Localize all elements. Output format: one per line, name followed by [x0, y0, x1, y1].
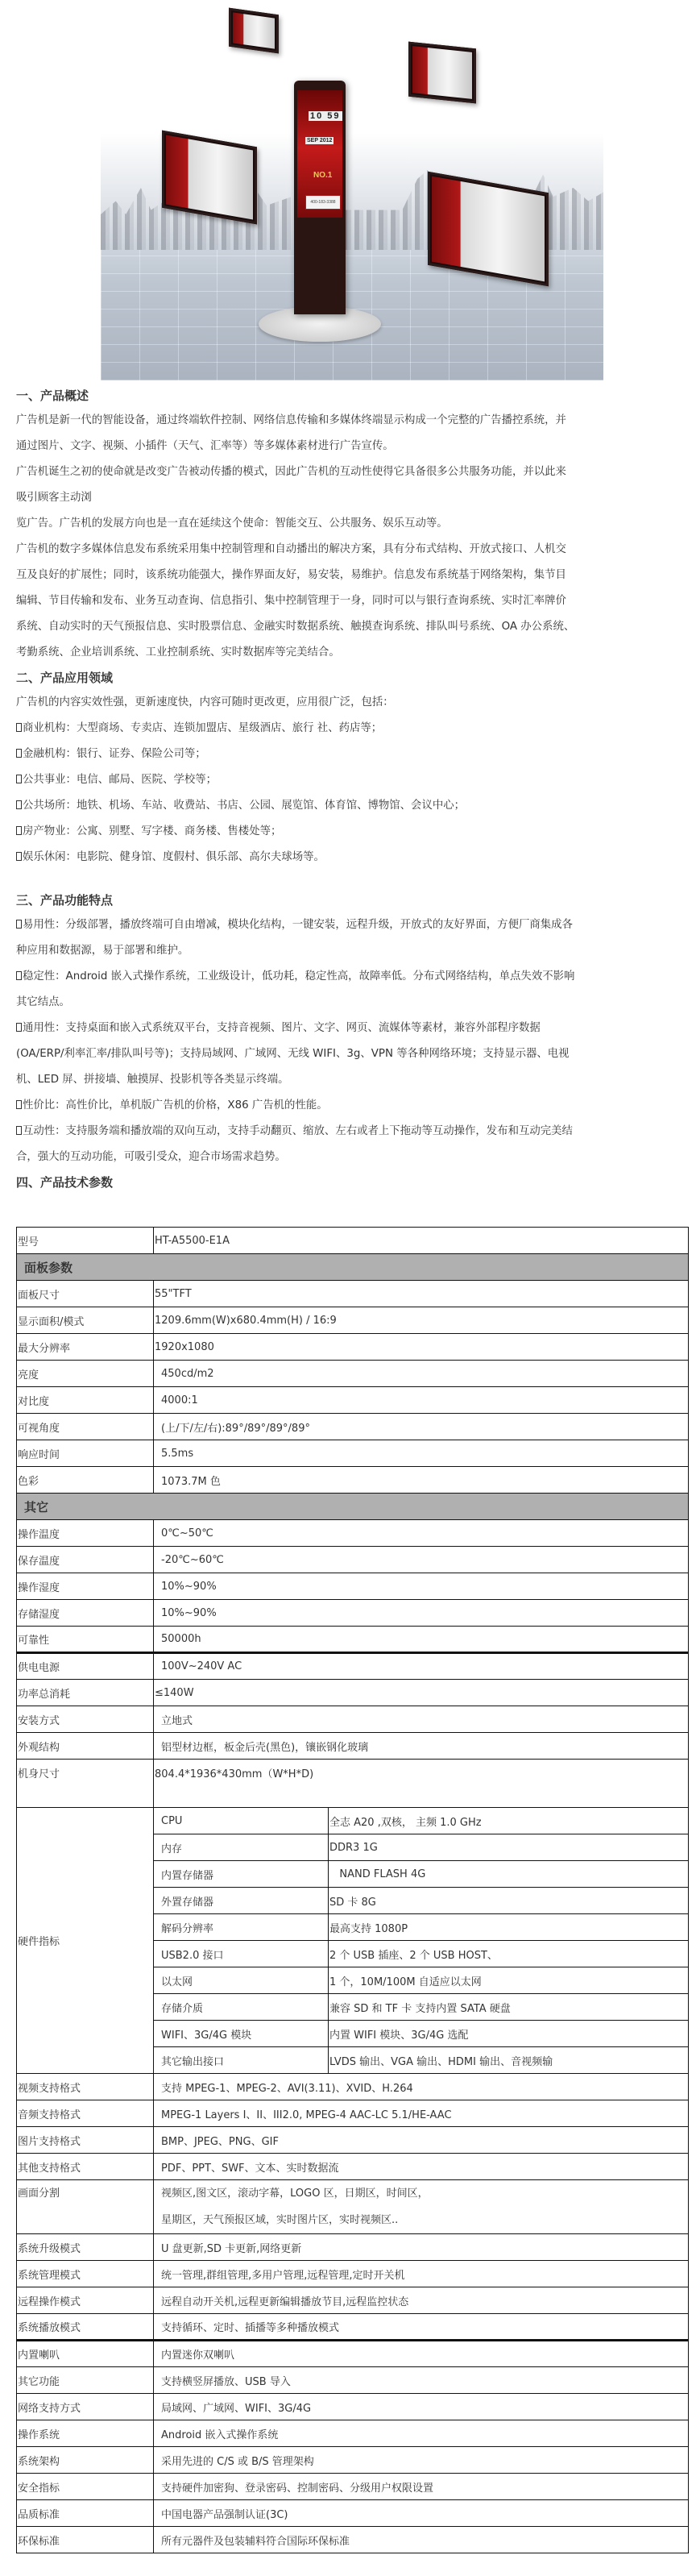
split-line-2: 星期区，天气预报区域，实时图片区，实时视频区.. — [161, 2207, 688, 2233]
spec-label: 内置喇叭 — [17, 2341, 154, 2367]
spec-value: 5.5ms — [154, 1440, 689, 1467]
paragraph-line: 系统、自动实时的天气预报信息、实时股票信息、金融实时数据系统、触摸查询系统、排队… — [16, 614, 685, 640]
spec-value: MPEG-1 Layers I、II、III2.0, MPEG-4 AAC-LC… — [154, 2100, 689, 2127]
checkbox-bullet-icon — [16, 1023, 22, 1032]
spec-label: 响应时间 — [17, 1440, 154, 1467]
table-row: 内置喇叭内置迷你双喇叭 — [17, 2341, 689, 2367]
hw-label: 解码分辨率 — [154, 1914, 329, 1941]
feature-line: 种应用和数据源，易于部署和维护。 — [16, 938, 685, 964]
spec-label: 安全指标 — [17, 2474, 154, 2500]
spec-value: 采用先进的 C/S 或 B/S 管理架构 — [154, 2447, 689, 2474]
spec-label: 硬件指标 — [17, 1808, 154, 2074]
table-row: 远程操作模式远程自动开关机,远程更新编辑播放节目,远程监控状态 — [17, 2287, 689, 2314]
table-row: 最大分辨率1920x1080 — [17, 1334, 689, 1361]
hw-value: 2 个 USB 插座、2 个 USB HOST、 — [329, 1941, 689, 1967]
paragraph-line: 编辑、节目传输和发布、业务互动查询、信息指引、集中控制管理于一身，同时可以与银行… — [16, 588, 685, 614]
spec-label: 操作湿度 — [17, 1573, 154, 1600]
spec-label: 外观结构 — [17, 1733, 154, 1760]
table-row: 存储湿度10%~90% — [17, 1600, 689, 1627]
table-row: 视频支持格式支持 MPEG-1、MPEG-2、AVI(3.11)、XVID、H.… — [17, 2074, 689, 2100]
application-item: 娱乐休闲：电影院、健身馆、度假村、俱乐部、高尔夫球场等。 — [16, 845, 685, 870]
table-row: 操作湿度10%~90% — [17, 1573, 689, 1600]
spec-label: 可靠性 — [17, 1627, 154, 1653]
spec-label: 保存温度 — [17, 1547, 154, 1573]
table-row: 面板尺寸55"TFT — [17, 1281, 689, 1307]
feature-line: 性价比：高性价比，单机版广告机的价格，X86 广告机的性能。 — [16, 1093, 685, 1119]
spec-value: 局域网、广域网、WIFI、3G/4G — [154, 2394, 689, 2420]
spec-value: 1073.7M 色 — [154, 1467, 689, 1494]
table-section-other: 其它 — [17, 1494, 689, 1520]
spec-value: 铝型材边框，板金后壳(黑色)，镶嵌钢化玻璃 — [154, 1733, 689, 1760]
spec-label: 远程操作模式 — [17, 2287, 154, 2314]
applications-intro: 广告机的内容实效性强，更新速度快，内容可随时更改更，应用很广泛，包括： — [16, 690, 685, 716]
section-title-applications: 二、产品应用领域 — [16, 666, 685, 690]
paragraph-line: 览广告。广告机的发展方向也是一直在延续这个使命：智能交互、公共服务、娱乐互动等。 — [16, 511, 685, 537]
spec-label: 视频支持格式 — [17, 2074, 154, 2100]
paragraph-line: 广告机是新一代的智能设备，通过终端软件控制、网络信息传输和多媒体终端显示构成一个… — [16, 408, 685, 434]
spec-label: 安装方式 — [17, 1706, 154, 1733]
spec-label: 系统升级模式 — [17, 2234, 154, 2261]
spec-label: 可视角度 — [17, 1414, 154, 1440]
spec-label: 其他支持格式 — [17, 2154, 154, 2180]
table-row: 安装方式立地式 — [17, 1706, 689, 1733]
feature-line: 互动性：支持服务端和播放端的双向互动，支持手动翻页、缩放、左右或者上下拖动等互动… — [16, 1119, 685, 1145]
hw-value: 1 个，10M/100M 自适应以太网 — [329, 1967, 689, 1994]
spec-label: 亮度 — [17, 1361, 154, 1387]
feature-line: (OA/ERP/利率汇率/排队叫号等)；支持局域网、广域网、无线 WIFI、3g… — [16, 1041, 685, 1067]
spec-label: 画面分割 — [17, 2180, 154, 2234]
table-row: 系统管理模式统一管理,群组管理,多用户管理,远程管理,定时开关机 — [17, 2261, 689, 2287]
checkbox-bullet-icon — [16, 920, 22, 929]
article-body: 一、产品概述 广告机是新一代的智能设备，通过终端软件控制、网络信息传输和多媒体终… — [16, 384, 685, 1195]
spec-label: 最大分辨率 — [17, 1334, 154, 1361]
section-header: 其它 — [17, 1494, 689, 1520]
spec-label: 功率总消耗 — [17, 1680, 154, 1706]
table-row: 系统架构采用先进的 C/S 或 B/S 管理架构 — [17, 2447, 689, 2474]
hw-value: 内置 WIFI 模块、3G/4G 选配 — [329, 2021, 689, 2047]
spec-value: U 盘更新,SD 卡更新,网络更新 — [154, 2234, 689, 2261]
table-row: 操作系统Android 嵌入式操作系统 — [17, 2420, 689, 2447]
spec-value: 100V~240V AC — [154, 1653, 689, 1680]
hw-label: USB2.0 接口 — [154, 1941, 329, 1967]
paragraph-line: 广告机的数字多媒体信息发布系统采用集中控制管理和自动播出的解决方案，具有分布式结… — [16, 537, 685, 563]
spec-value: 中国电器产品强制认证(3C) — [154, 2500, 689, 2527]
table-row: 品质标准中国电器产品强制认证(3C) — [17, 2500, 689, 2527]
spec-value: HT-A5500-E1A — [154, 1228, 689, 1254]
paragraph-line: 广告机诞生之初的使命就是改变广告被动传播的模式，因此广告机的互动性使得它具备很多… — [16, 459, 685, 485]
hw-value: 最高支持 1080P — [329, 1914, 689, 1941]
table-row-hardware: 硬件指标 CPU 全志 A20 ,双核， 主频 1.0 GHz — [17, 1808, 689, 1834]
table-row: 亮度450cd/m2 — [17, 1361, 689, 1387]
table-row: 保存温度-20℃~60℃ — [17, 1547, 689, 1573]
spec-label: 系统架构 — [17, 2447, 154, 2474]
table-row: 网络支持方式局域网、广域网、WIFI、3G/4G — [17, 2394, 689, 2420]
hw-label: 以太网 — [154, 1967, 329, 1994]
spec-value: -20℃~60℃ — [154, 1547, 689, 1573]
checkbox-bullet-icon — [16, 749, 22, 758]
section-title-specs: 四、产品技术参数 — [16, 1170, 685, 1195]
spec-value: 804.4*1936*430mm（W*H*D) — [154, 1760, 689, 1808]
kiosk-clock: 10 59 — [309, 111, 342, 121]
table-row: 外观结构铝型材边框，板金后壳(黑色)，镶嵌钢化玻璃 — [17, 1733, 689, 1760]
spec-value: 支持硬件加密狗、登录密码、控制密码、分级用户权限设置 — [154, 2474, 689, 2500]
feature-line: 易用性：分级部署，播放终端可自由增减，模块化结构，一键安装，远程升级，开放式的友… — [16, 912, 685, 938]
spec-label: 供电电源 — [17, 1653, 154, 1680]
spec-value: 所有元器件及包装辅料符合国际环保标准 — [154, 2527, 689, 2553]
spec-value: 支持循环、定时、插播等多种播放模式 — [154, 2314, 689, 2341]
spec-value: ≤140W — [154, 1680, 689, 1706]
table-row: 供电电源100V~240V AC — [17, 1653, 689, 1680]
split-line-1: 视频区,图文区，滚动字幕，LOGO 区，日期区，时间区， — [161, 2180, 688, 2207]
spec-label: 品质标准 — [17, 2500, 154, 2527]
table-row: 音频支持格式MPEG-1 Layers I、II、III2.0, MPEG-4 … — [17, 2100, 689, 2127]
spec-value: 内置迷你双喇叭 — [154, 2341, 689, 2367]
paragraph-line: 考勤系统、企业培训系统、工业控制系统、实时数据库等完美结合。 — [16, 640, 685, 666]
spec-label: 显示面积/模式 — [17, 1307, 154, 1334]
spec-value: 1920x1080 — [154, 1334, 689, 1361]
spec-label: 图片支持格式 — [17, 2127, 154, 2154]
feature-line: 机、LED 屏、拼接墙、触摸屏、投影机等各类显示终端。 — [16, 1067, 685, 1093]
spec-value: 4000:1 — [154, 1387, 689, 1414]
spec-value: 立地式 — [154, 1706, 689, 1733]
paragraph-line: 通过图片、文字、视频、小插件（天气、汇率等）等多媒体素材进行广告宣传。 — [16, 434, 685, 459]
checkbox-bullet-icon — [16, 826, 22, 835]
spec-label: 色彩 — [17, 1467, 154, 1494]
spec-label: 存储湿度 — [17, 1600, 154, 1627]
spec-value: 10%~90% — [154, 1573, 689, 1600]
feature-line: 通用性：支持桌面和嵌入式系统双平台，支持音视频、图片、文字、网页、流媒体等素材，… — [16, 1016, 685, 1041]
table-row: 显示面积/模式1209.6mm(W)x680.4mm(H) / 16:9 — [17, 1307, 689, 1334]
paragraph-line: 互及良好的扩展性；同时，该系统功能强大，操作界面友好，易安装，易维护。信息发布系… — [16, 563, 685, 588]
hw-value: NAND FLASH 4G — [329, 1861, 689, 1888]
spec-label: 操作系统 — [17, 2420, 154, 2447]
checkbox-bullet-icon — [16, 971, 22, 980]
checkbox-bullet-icon — [16, 1126, 22, 1135]
table-row: 其他支持格式PDF、PPT、SWF、文本、实时数据流 — [17, 2154, 689, 2180]
table-row: 图片支持格式BMP、JPEG、PNG、GIF — [17, 2127, 689, 2154]
table-row: 安全指标支持硬件加密狗、登录密码、控制密码、分级用户权限设置 — [17, 2474, 689, 2500]
spec-value: 支持横竖屏播放、USB 导入 — [154, 2367, 689, 2394]
kiosk-screen: 10 59 SEP 2012 NO.1 400-183-3388 — [297, 90, 342, 218]
spec-value: 10%~90% — [154, 1600, 689, 1627]
application-item: 金融机构：银行、证券、保险公司等； — [16, 742, 685, 767]
hw-label: 存储介质 — [154, 1994, 329, 2021]
section-title-features: 三、产品功能特点 — [16, 888, 685, 912]
hw-value: SD 卡 8G — [329, 1888, 689, 1914]
hw-value: LVDS 输出、VGA 输出、HDMI 输出、音视频输 — [329, 2047, 689, 2074]
kiosk-date: SEP 2012 — [305, 137, 333, 144]
kiosk-phone: 400-183-3388 — [305, 195, 341, 210]
hw-label: 其它输出接口 — [154, 2047, 329, 2074]
application-item: 商业机构：大型商场、专卖店、连锁加盟店、星级酒店、旅行 社、药店等； — [16, 716, 685, 742]
table-row: 系统升级模式U 盘更新,SD 卡更新,网络更新 — [17, 2234, 689, 2261]
hw-label: 内存 — [154, 1834, 329, 1861]
feature-line: 其它结点。 — [16, 990, 685, 1016]
table-row: 功率总消耗≤140W — [17, 1680, 689, 1706]
spec-label: 机身尺寸 — [17, 1760, 154, 1808]
floating-screen-left — [162, 131, 257, 225]
table-row: 可靠性50000h — [17, 1627, 689, 1653]
spec-label: 其它功能 — [17, 2367, 154, 2394]
hw-label: 外置存储器 — [154, 1888, 329, 1914]
checkbox-bullet-icon — [16, 775, 22, 783]
table-row: 可视角度(上/下/左/右):89°/89°/89°/89° — [17, 1414, 689, 1440]
spec-table: 型号 HT-A5500-E1A 面板参数 面板尺寸55"TFT 显示面积/模式1… — [16, 1227, 689, 2553]
spec-label: 操作温度 — [17, 1520, 154, 1547]
hw-value: DDR3 1G — [329, 1834, 689, 1861]
spec-label: 面板尺寸 — [17, 1281, 154, 1307]
table-row: 对比度4000:1 — [17, 1387, 689, 1414]
checkbox-bullet-icon — [16, 723, 22, 732]
spec-value: 远程自动开关机,远程更新编辑播放节目,远程监控状态 — [154, 2287, 689, 2314]
spec-value: 0℃~50℃ — [154, 1520, 689, 1547]
table-row: 操作温度0℃~50℃ — [17, 1520, 689, 1547]
table-section-panel: 面板参数 — [17, 1254, 689, 1281]
paragraph-line: 吸引顾客主动浏 — [16, 485, 685, 511]
spec-value: 支持 MPEG-1、MPEG-2、AVI(3.11)、XVID、H.264 — [154, 2074, 689, 2100]
hw-label: CPU — [154, 1808, 329, 1834]
table-row-model: 型号 HT-A5500-E1A — [17, 1228, 689, 1254]
application-item: 公共场所：地铁、机场、车站、收费站、书店、公园、展览馆、体育馆、博物馆、会议中心… — [16, 793, 685, 819]
floating-screen-top — [229, 8, 279, 54]
spec-value: PDF、PPT、SWF、文本、实时数据流 — [154, 2154, 689, 2180]
application-item: 房产物业：公寓、别墅、写字楼、商务楼、售楼处等； — [16, 819, 685, 845]
hw-label: 内置存储器 — [154, 1861, 329, 1888]
kiosk-advertising-display: 10 59 SEP 2012 NO.1 400-183-3388 — [294, 81, 346, 314]
table-row: 色彩1073.7M 色 — [17, 1467, 689, 1494]
table-row-split: 画面分割 视频区,图文区，滚动字幕，LOGO 区，日期区，时间区， 星期区，天气… — [17, 2180, 689, 2234]
spec-value: 450cd/m2 — [154, 1361, 689, 1387]
spec-value: (上/下/左/右):89°/89°/89°/89° — [154, 1414, 689, 1440]
checkbox-bullet-icon — [16, 800, 22, 809]
checkbox-bullet-icon — [16, 852, 22, 861]
product-hero-image: 10 59 SEP 2012 NO.1 400-183-3388 — [101, 0, 603, 380]
spec-value: 1209.6mm(W)x680.4mm(H) / 16:9 — [154, 1307, 689, 1334]
checkbox-bullet-icon — [16, 1100, 22, 1109]
spec-label: 环保标准 — [17, 2527, 154, 2553]
hw-value: 兼容 SD 和 TF 卡 支持内置 SATA 硬盘 — [329, 1994, 689, 2021]
kiosk-badge: NO.1 — [313, 171, 332, 180]
spec-label: 型号 — [17, 1228, 154, 1254]
feature-line: 合，强大的互动功能，可吸引受众，迎合市场需求趋势。 — [16, 1145, 685, 1170]
spec-value: 视频区,图文区，滚动字幕，LOGO 区，日期区，时间区， 星期区，天气预报区域，… — [154, 2180, 689, 2234]
spec-value: 统一管理,群组管理,多用户管理,远程管理,定时开关机 — [154, 2261, 689, 2287]
spec-label: 系统管理模式 — [17, 2261, 154, 2287]
spec-value: Android 嵌入式操作系统 — [154, 2420, 689, 2447]
table-row: 其它功能支持横竖屏播放、USB 导入 — [17, 2367, 689, 2394]
application-item: 公共事业：电信、邮局、医院、学校等； — [16, 767, 685, 793]
spec-value: 55"TFT — [154, 1281, 689, 1307]
spec-label: 系统播放模式 — [17, 2314, 154, 2341]
section-title-overview: 一、产品概述 — [16, 384, 685, 408]
hw-value: 全志 A20 ,双核， 主频 1.0 GHz — [329, 1808, 689, 1834]
spec-value: 50000h — [154, 1627, 689, 1653]
table-row: 系统播放模式支持循环、定时、插播等多种播放模式 — [17, 2314, 689, 2341]
table-row: 响应时间5.5ms — [17, 1440, 689, 1467]
feature-line: 稳定性：Android 嵌入式操作系统，工业级设计，低功耗，稳定性高，故障率低。… — [16, 964, 685, 990]
spec-label: 音频支持格式 — [17, 2100, 154, 2127]
table-row: 机身尺寸804.4*1936*430mm（W*H*D) — [17, 1760, 689, 1808]
hw-label: WIFI、3G/4G 模块 — [154, 2021, 329, 2047]
table-row: 环保标准所有元器件及包装辅料符合国际环保标准 — [17, 2527, 689, 2553]
spec-label: 对比度 — [17, 1387, 154, 1414]
spec-value: BMP、JPEG、PNG、GIF — [154, 2127, 689, 2154]
section-header: 面板参数 — [17, 1254, 689, 1281]
spec-label: 网络支持方式 — [17, 2394, 154, 2420]
floating-screen-upper-right — [408, 42, 476, 104]
